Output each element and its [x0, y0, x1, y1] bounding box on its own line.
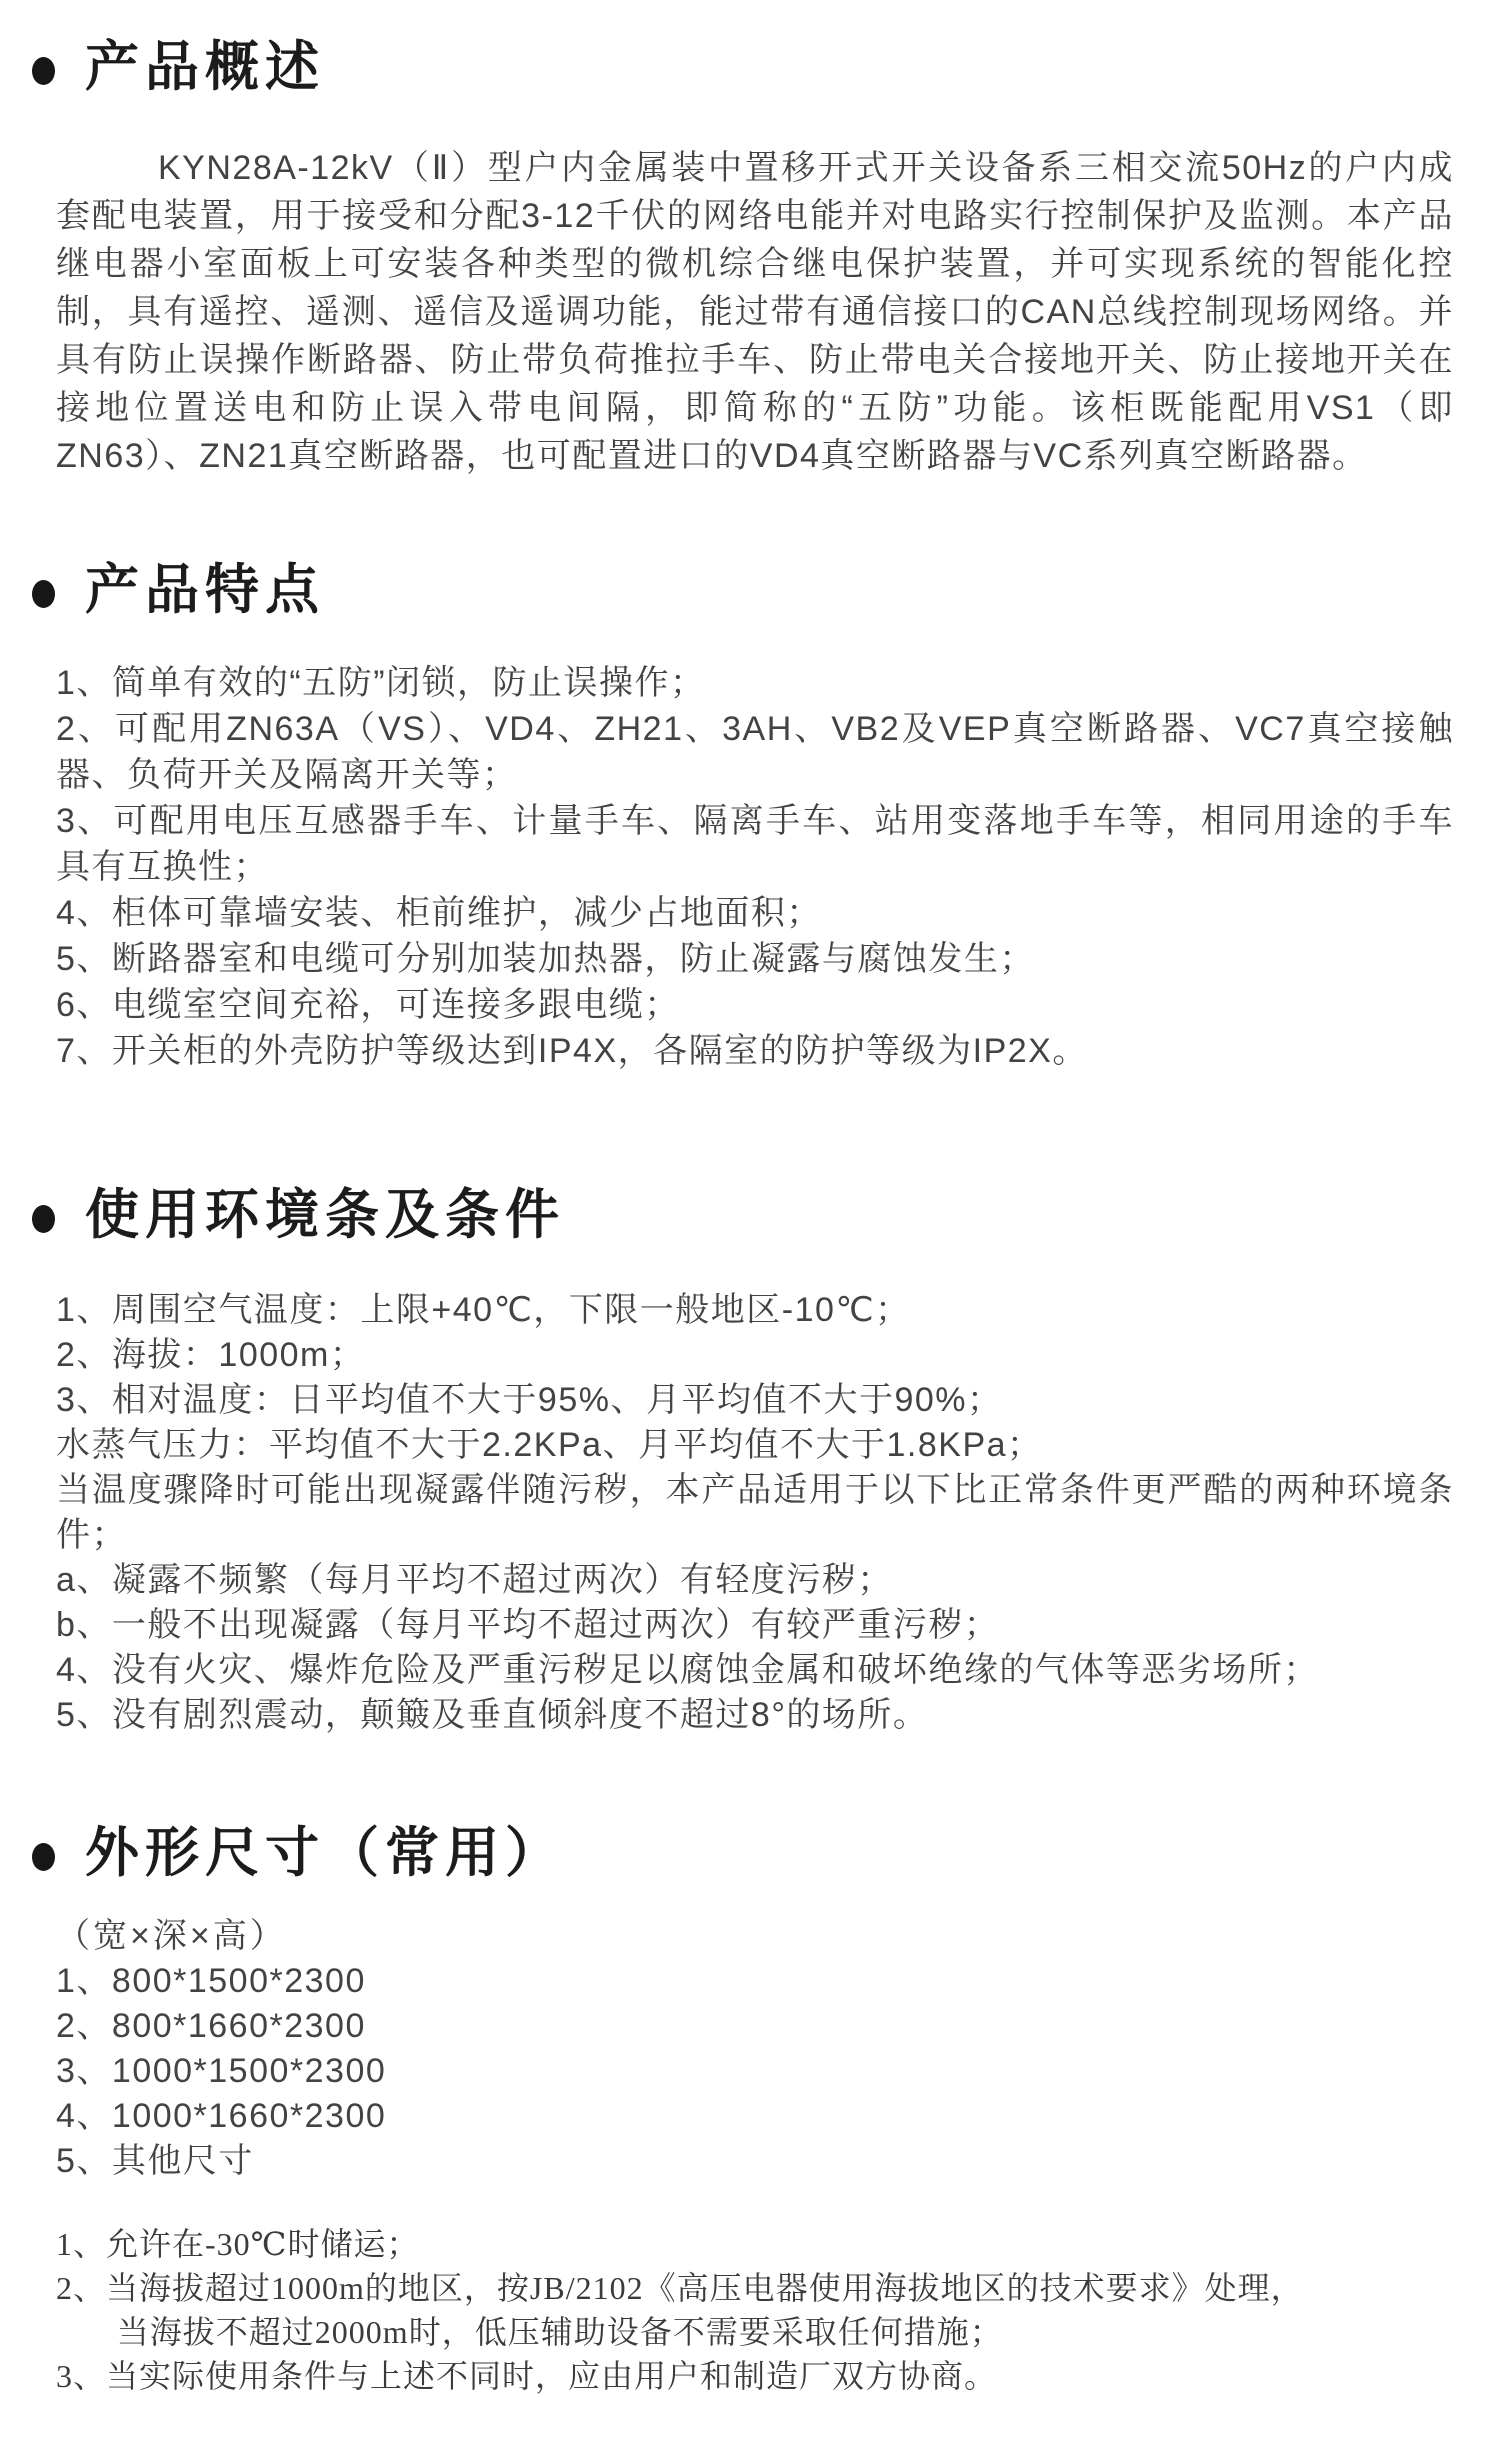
feature-item: 1、简单有效的“五防”闭锁，防止误操作；: [56, 660, 1454, 706]
overview-paragraph: KYN28A-12kV（Ⅱ）型户内金属装中置移开式开关设备系三相交流50Hz的户…: [56, 144, 1454, 480]
dimension-item: 3、1000*1500*2300: [56, 2049, 1454, 2094]
section-title-environment: 使用环境条及条件: [85, 1184, 565, 1248]
note-item: 1、允许在-30℃时储运；: [56, 2222, 1454, 2266]
feature-item: 2、可配用ZN63A（VS）、VD4、ZH21、3AH、VB2及VEP真空断路器…: [56, 706, 1454, 798]
environment-item: b、一般不出现凝露（每月平均不超过两次）有较严重污秽；: [56, 1603, 1454, 1648]
note-item: 3、当实际使用条件与上述不同时，应由用户和制造厂双方协商。: [56, 2354, 1454, 2398]
section-title-overview: 产品概述: [85, 36, 325, 100]
environment-item: 2、海拔：1000m；: [56, 1333, 1454, 1378]
environment-item: 3、相对温度：日平均值不大于95%、月平均值不大于90%；: [56, 1378, 1454, 1423]
dimension-item: 5、其他尺寸: [56, 2139, 1454, 2184]
environment-item: 5、没有剧烈震动，颠簸及垂直倾斜度不超过8°的场所。: [56, 1693, 1454, 1738]
feature-item: 4、柜体可靠墙安装、柜前维护，减少占地面积；: [56, 890, 1454, 936]
environment-item: a、凝露不频繁（每月平均不超过两次）有轻度污秽；: [56, 1558, 1454, 1603]
section-features: 产品特点 1、简单有效的“五防”闭锁，防止误操作； 2、可配用ZN63A（VS）…: [56, 559, 1454, 1075]
bullet-icon: [32, 1843, 55, 1871]
environment-item: 当温度骤降时可能出现凝露伴随污秽，本产品适用于以下比正常条件更严酷的两种环境条件…: [56, 1468, 1454, 1558]
feature-item: 3、可配用电压互感器手车、计量手车、隔离手车、站用变落地手车等，相同用途的手车具…: [56, 798, 1454, 890]
feature-item: 6、电缆室空间充裕，可连接多跟电缆；: [56, 982, 1454, 1028]
section-title-features: 产品特点: [85, 559, 325, 623]
section-title-dimensions: 外形尺寸（常用）: [85, 1822, 565, 1886]
dimension-item: 4、1000*1660*2300: [56, 2094, 1454, 2139]
bullet-icon: [32, 580, 55, 608]
document-page: 产品概述 KYN28A-12kV（Ⅱ）型户内金属装中置移开式开关设备系三相交流5…: [0, 0, 1500, 2463]
dimension-item: 2、800*1660*2300: [56, 2004, 1454, 2049]
feature-item: 5、断路器室和电缆可分别加装加热器，防止凝露与腐蚀发生；: [56, 936, 1454, 982]
section-dimensions: 外形尺寸（常用） （宽×深×高） 1、800*1500*2300 2、800*1…: [56, 1822, 1454, 2398]
dimension-notes: 1、允许在-30℃时储运； 2、当海拔超过1000m的地区，按JB/2102《高…: [56, 2222, 1454, 2398]
environment-list: 1、周围空气温度：上限+40℃，下限一般地区-10℃； 2、海拔：1000m； …: [56, 1288, 1454, 1738]
section-overview-header: 产品概述: [32, 36, 1454, 100]
environment-item: 4、没有火灾、爆炸危险及严重污秽足以腐蚀金属和破坏绝缘的气体等恶劣场所；: [56, 1648, 1454, 1693]
bullet-icon: [32, 57, 55, 85]
section-dimensions-header: 外形尺寸（常用）: [32, 1822, 1454, 1886]
section-environment: 使用环境条及条件 1、周围空气温度：上限+40℃，下限一般地区-10℃； 2、海…: [56, 1184, 1454, 1738]
dimensions-list: （宽×深×高） 1、800*1500*2300 2、800*1660*2300 …: [56, 1914, 1454, 2184]
feature-item: 7、开关柜的外壳防护等级达到IP4X，各隔室的防护等级为IP2X。: [56, 1028, 1454, 1074]
environment-item: 水蒸气压力：平均值不大于2.2KPa、月平均值不大于1.8KPa；: [56, 1423, 1454, 1468]
features-list: 1、简单有效的“五防”闭锁，防止误操作； 2、可配用ZN63A（VS）、VD4、…: [56, 660, 1454, 1074]
section-features-header: 产品特点: [32, 559, 1454, 623]
dimensions-subtitle: （宽×深×高）: [56, 1914, 1454, 1959]
environment-item: 1、周围空气温度：上限+40℃，下限一般地区-10℃；: [56, 1288, 1454, 1333]
note-item: 2、当海拔超过1000m的地区，按JB/2102《高压电器使用海拔地区的技术要求…: [56, 2266, 1454, 2354]
dimension-item: 1、800*1500*2300: [56, 1959, 1454, 2004]
section-overview: 产品概述 KYN28A-12kV（Ⅱ）型户内金属装中置移开式开关设备系三相交流5…: [56, 36, 1454, 480]
section-environment-header: 使用环境条及条件: [32, 1184, 1454, 1248]
bullet-icon: [32, 1205, 55, 1233]
